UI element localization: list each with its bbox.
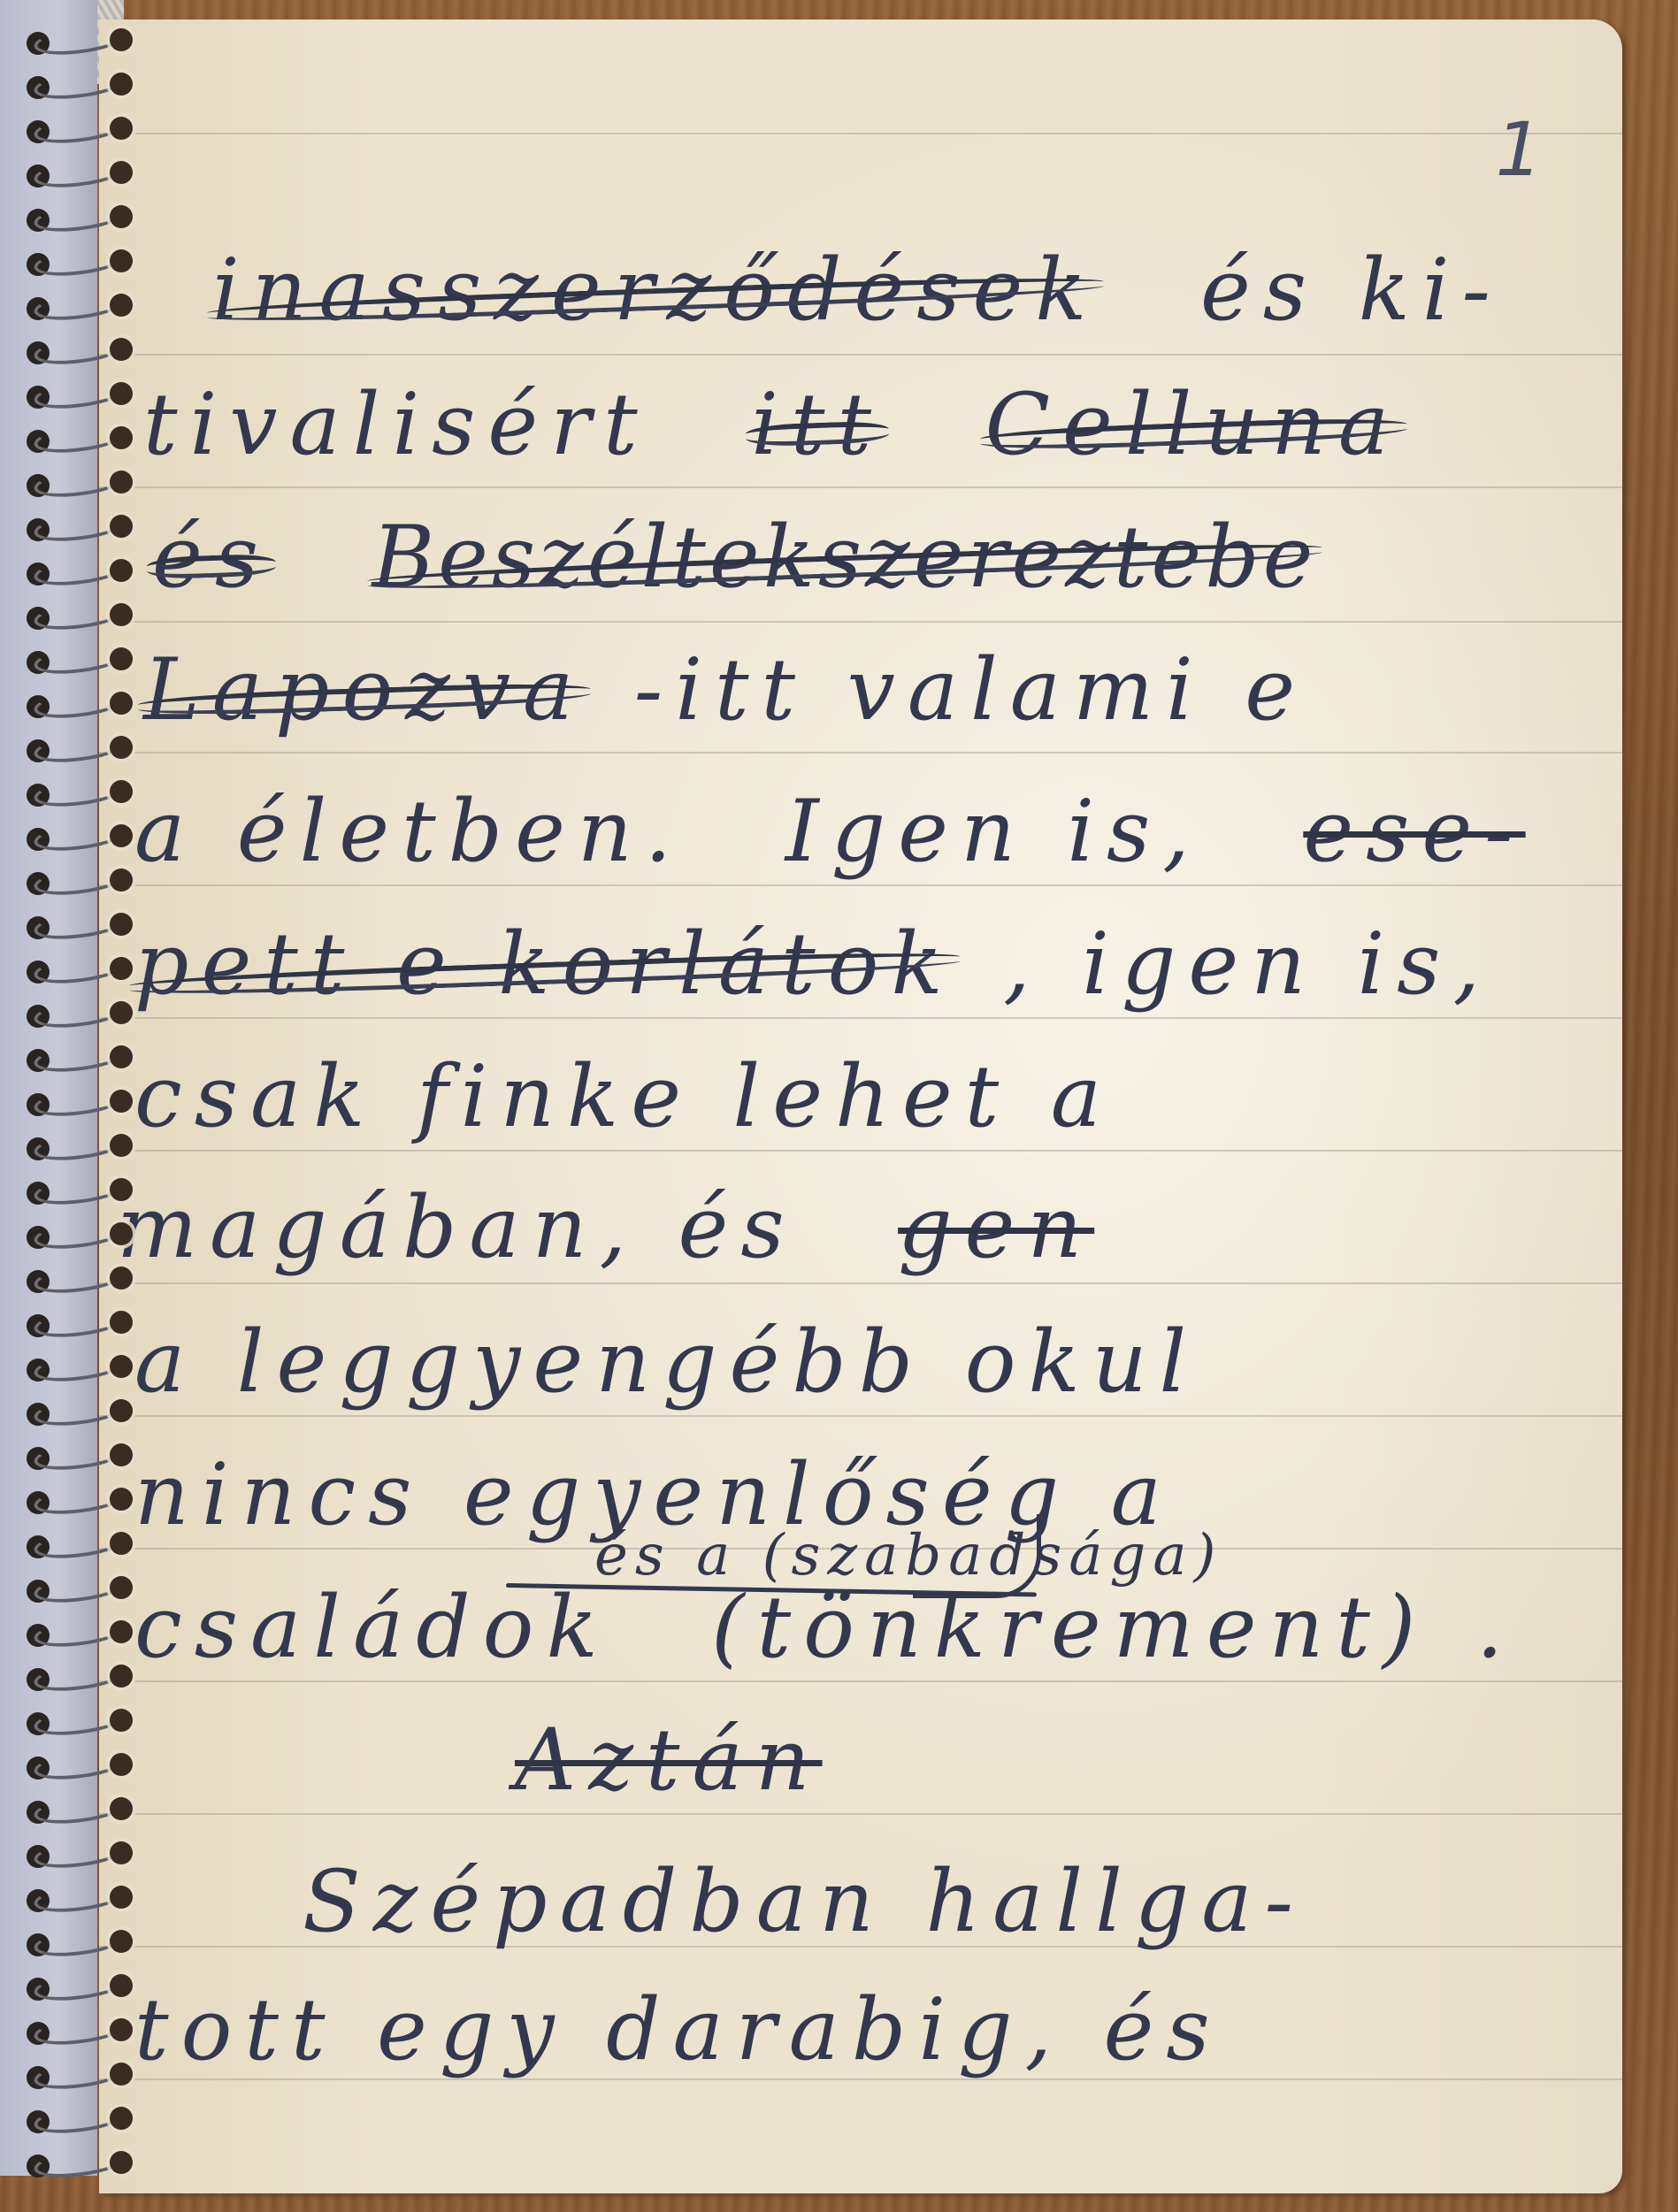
handwritten-line-2: tivalisért itt Celluna bbox=[143, 382, 1463, 467]
ruled-line bbox=[99, 1415, 1622, 1417]
punch-hole bbox=[110, 1045, 133, 1068]
ruled-line bbox=[99, 1282, 1622, 1284]
spiral-coil bbox=[25, 1663, 149, 1695]
spiral-coil bbox=[25, 734, 149, 766]
punch-hole bbox=[110, 869, 133, 892]
punch-hole bbox=[110, 957, 133, 980]
punch-hole bbox=[110, 1665, 133, 1688]
struck-word: Aztán bbox=[515, 1718, 946, 1803]
word: Szépadban hallga- bbox=[303, 1859, 1306, 1944]
struck-word: Lapozva bbox=[143, 647, 586, 732]
spiral-coil bbox=[25, 999, 149, 1031]
ruled-line bbox=[99, 1150, 1622, 1152]
ruled-line bbox=[99, 486, 1622, 488]
word: és ki- bbox=[1200, 248, 1503, 333]
handwritten-line-13: Szépadban hallga- bbox=[303, 1859, 1368, 1944]
struck-word: (tönkrement) bbox=[711, 1585, 1428, 1670]
punch-hole bbox=[110, 205, 133, 228]
punch-hole bbox=[110, 913, 133, 936]
punch-hole bbox=[110, 559, 133, 582]
handwritten-line-6: pett e korlátok , igen is, bbox=[134, 922, 1554, 1006]
spiral-coil bbox=[25, 248, 149, 279]
spiral-coil bbox=[25, 2061, 149, 2093]
punch-hole bbox=[110, 1355, 133, 1378]
struck-word: gen bbox=[898, 1185, 1094, 1270]
punch-hole bbox=[110, 1267, 133, 1290]
punch-hole bbox=[110, 1576, 133, 1599]
handwritten-line-8: magában, és gen bbox=[117, 1185, 1156, 1270]
punch-hole bbox=[110, 736, 133, 759]
punch-hole bbox=[110, 603, 133, 626]
handwritten-line-4: Lapozva -itt valami e bbox=[143, 647, 1369, 732]
spiral-coil bbox=[25, 1707, 149, 1739]
punch-hole bbox=[110, 1134, 133, 1157]
punch-hole bbox=[110, 338, 133, 361]
punch-hole bbox=[110, 1753, 133, 1776]
spiral-coil bbox=[25, 1353, 149, 1385]
handwritten-line-7: csak finke lehet a bbox=[134, 1054, 1176, 1139]
handwritten-line-9: a leggyengébb okul bbox=[134, 1320, 1260, 1405]
spiral-binding bbox=[0, 27, 159, 2185]
struck-word: Celluna bbox=[985, 382, 1402, 467]
ruled-line bbox=[99, 133, 1622, 134]
spiral-coil bbox=[25, 601, 149, 633]
handwritten-line-1: inasszerződések és ki- bbox=[212, 248, 1565, 333]
punch-hole bbox=[110, 1178, 133, 1201]
word: családok bbox=[134, 1585, 610, 1670]
spiral-coil bbox=[25, 2017, 149, 2048]
punch-hole bbox=[110, 1620, 133, 1643]
punch-hole bbox=[110, 382, 133, 405]
ruled-line bbox=[99, 752, 1622, 754]
ruled-line bbox=[99, 1680, 1622, 1682]
notebook-page: 1 inasszerződések és ki- tivalisért itt … bbox=[99, 19, 1622, 2193]
punch-hole bbox=[110, 2063, 133, 2086]
page-number: 1 bbox=[1496, 106, 1543, 193]
punch-hole bbox=[110, 1443, 133, 1466]
handwritten-line-5: a életben. Igen is, ese- bbox=[134, 789, 1588, 874]
spiral-coil bbox=[25, 1795, 149, 1827]
punch-hole bbox=[110, 73, 133, 96]
spiral-coil bbox=[25, 1884, 149, 1916]
handwritten-line-12: Aztán bbox=[515, 1718, 1008, 1803]
punch-hole bbox=[110, 1797, 133, 1820]
spiral-coil bbox=[25, 1619, 149, 1650]
word: . bbox=[1476, 1585, 1516, 1670]
handwritten-line-11: családok (tönkrement) . bbox=[134, 1585, 1577, 1670]
word: csak finke lehet a bbox=[134, 1054, 1114, 1139]
spiral-coil bbox=[25, 1530, 149, 1562]
punch-hole bbox=[110, 1001, 133, 1024]
punch-hole bbox=[110, 647, 133, 670]
spiral-coil bbox=[25, 1088, 149, 1120]
handwritten-line-14: tott egy darabig, és bbox=[134, 1987, 1284, 2072]
ruled-line bbox=[99, 1813, 1622, 1815]
spiral-coil bbox=[25, 1265, 149, 1297]
struck-word: itt bbox=[751, 382, 884, 467]
ruled-line bbox=[99, 1017, 1622, 1019]
word: tott egy darabig, és bbox=[134, 1987, 1222, 2072]
struck-word: ese- bbox=[1303, 789, 1525, 874]
punch-hole bbox=[110, 1709, 133, 1732]
spiral-coil bbox=[25, 380, 149, 412]
spiral-coil bbox=[25, 1928, 149, 1960]
spiral-coil bbox=[25, 71, 149, 103]
spiral-coil bbox=[25, 1221, 149, 1252]
spiral-coil bbox=[25, 336, 149, 368]
spiral-coil bbox=[25, 690, 149, 722]
punch-hole bbox=[110, 1974, 133, 1997]
punch-hole bbox=[110, 471, 133, 494]
struck-word: pett e korlátok bbox=[134, 922, 955, 1006]
spiral-coil bbox=[25, 2105, 149, 2137]
punch-hole bbox=[110, 515, 133, 538]
punch-hole bbox=[110, 1222, 133, 1245]
punch-hole bbox=[110, 824, 133, 847]
spiral-coil bbox=[25, 27, 149, 58]
spiral-coil bbox=[25, 2149, 149, 2181]
spiral-coil bbox=[25, 513, 149, 545]
punch-hole bbox=[110, 1886, 133, 1909]
spiral-coil bbox=[25, 1574, 149, 1606]
word: a életben. bbox=[134, 789, 684, 874]
spiral-coil bbox=[25, 1309, 149, 1341]
spiral-coil bbox=[25, 1044, 149, 1075]
punch-hole bbox=[110, 1841, 133, 1864]
ruled-line bbox=[99, 621, 1622, 623]
punch-hole bbox=[110, 2107, 133, 2130]
punch-hole bbox=[110, 426, 133, 449]
punch-hole bbox=[110, 294, 133, 317]
spiral-coil bbox=[25, 469, 149, 501]
spiral-coil bbox=[25, 425, 149, 456]
punch-hole bbox=[110, 2018, 133, 2041]
punch-hole bbox=[110, 1488, 133, 1511]
punch-hole bbox=[110, 780, 133, 803]
punch-hole bbox=[110, 692, 133, 715]
word: , igen is, bbox=[1003, 922, 1492, 1006]
spiral-coil bbox=[25, 1486, 149, 1518]
handwritten-line-3: és Beszéltekszereztebe bbox=[152, 515, 1378, 600]
spiral-coil bbox=[25, 1397, 149, 1429]
word: magában, és bbox=[117, 1185, 797, 1270]
punch-hole bbox=[110, 249, 133, 272]
ruled-line bbox=[99, 884, 1622, 886]
punch-hole bbox=[110, 1532, 133, 1555]
punch-hole bbox=[110, 1399, 133, 1422]
ruled-line bbox=[99, 354, 1622, 356]
punch-hole bbox=[110, 117, 133, 140]
spiral-coil bbox=[25, 1176, 149, 1208]
spiral-coil bbox=[25, 1132, 149, 1164]
spiral-coil bbox=[25, 292, 149, 324]
struck-word: Beszéltekszereztebe bbox=[372, 515, 1317, 600]
struck-word: és bbox=[152, 515, 271, 600]
punch-hole bbox=[110, 28, 133, 51]
word: Igen is, bbox=[785, 789, 1202, 874]
punch-hole bbox=[110, 161, 133, 184]
punch-hole bbox=[110, 1090, 133, 1113]
spiral-coil bbox=[25, 203, 149, 235]
word: a leggyengébb okul bbox=[134, 1320, 1199, 1405]
spiral-coil bbox=[25, 955, 149, 987]
spiral-coil bbox=[25, 1751, 149, 1783]
spiral-coil bbox=[25, 1442, 149, 1473]
spiral-coil bbox=[25, 823, 149, 854]
punch-hole bbox=[110, 2151, 133, 2174]
punch-hole bbox=[110, 1311, 133, 1334]
word: tivalisért bbox=[143, 382, 650, 467]
spiral-coil bbox=[25, 159, 149, 191]
spiral-coil bbox=[25, 867, 149, 899]
spiral-coil bbox=[25, 115, 149, 147]
spiral-coil bbox=[25, 778, 149, 810]
spiral-coil bbox=[25, 557, 149, 589]
spiral-coil bbox=[25, 646, 149, 677]
word: -itt valami e bbox=[634, 647, 1307, 732]
spiral-coil bbox=[25, 911, 149, 943]
struck-word: inasszerződések bbox=[212, 248, 1099, 333]
punch-hole bbox=[110, 1930, 133, 1953]
spiral-coil bbox=[25, 1972, 149, 2004]
spiral-coil bbox=[25, 1840, 149, 1871]
